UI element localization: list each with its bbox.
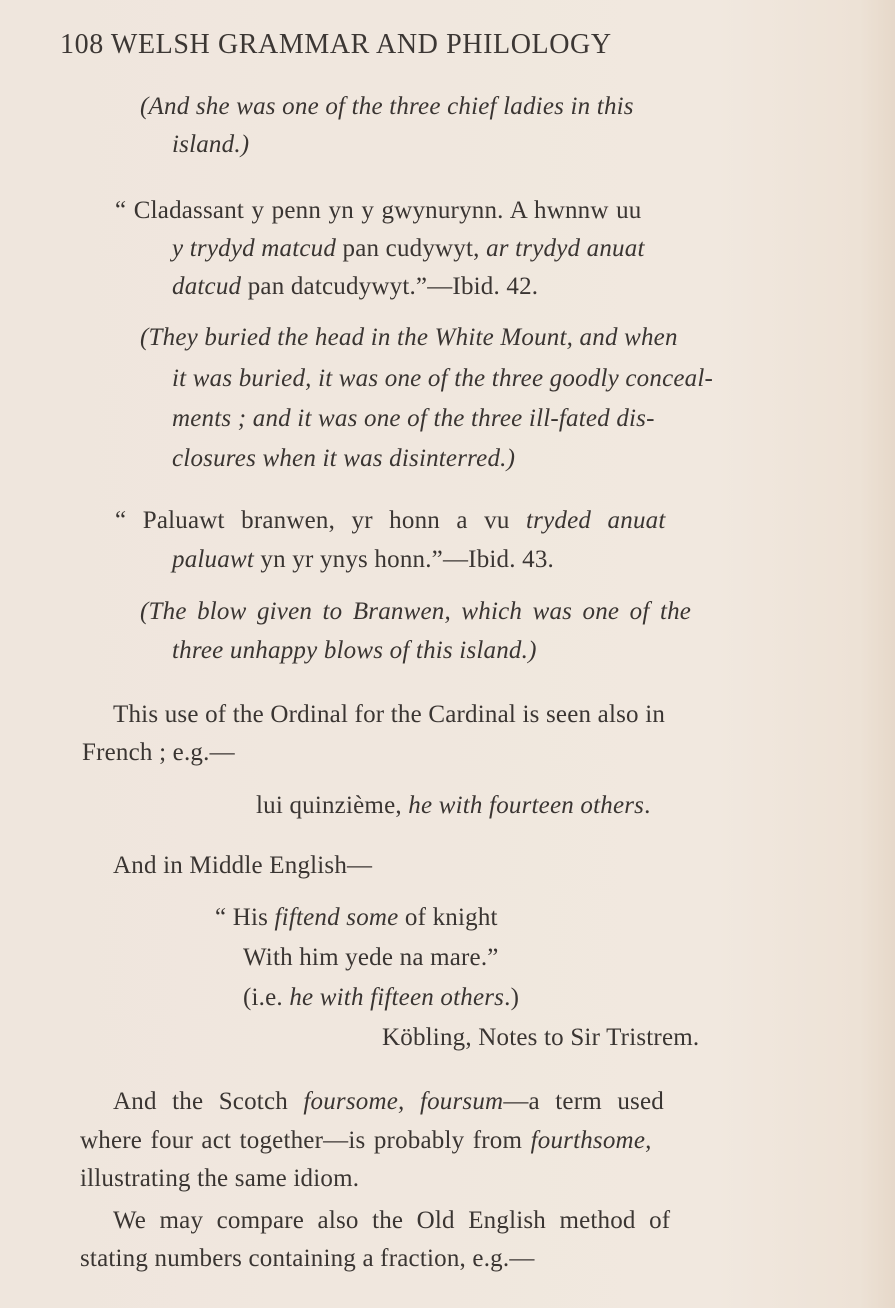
page-number: 108 bbox=[60, 29, 104, 60]
verse-line-3: (i.e. he with fifteen others.) bbox=[243, 983, 519, 1013]
translation-3-line-1: (The blow given to Branwen, which was on… bbox=[140, 597, 691, 627]
translation-2-line-4: closures when it was disinterred.) bbox=[172, 444, 515, 474]
translation-3-line-2: three unhappy blows of this island.) bbox=[172, 636, 537, 666]
french-example: lui quinzième, he with fourteen others. bbox=[256, 791, 651, 821]
paragraph-2: And in Middle English— bbox=[113, 851, 372, 881]
welsh-quote-2-line-2: paluawt yn yr ynys honn.”—Ibid. 43. bbox=[172, 545, 554, 575]
verse-attribution: Köbling, Notes to Sir Tristrem. bbox=[382, 1023, 699, 1053]
book-page: 108 WELSH GRAMMAR AND PHILOLOGY (And she… bbox=[0, 0, 895, 1308]
paragraph-4-line-2: stating numbers containing a fraction, e… bbox=[80, 1244, 535, 1274]
verse-line-2: With him yede na mare.” bbox=[243, 943, 499, 973]
translation-2-line-3: ments ; and it was one of the three ill-… bbox=[172, 404, 655, 434]
paragraph-3-line-2: where four act together—is probably from… bbox=[80, 1126, 652, 1156]
translation-2-line-1: (They buried the head in the White Mount… bbox=[140, 323, 678, 353]
running-header: 108 WELSH GRAMMAR AND PHILOLOGY bbox=[60, 30, 612, 60]
paragraph-1-line-1: This use of the Ordinal for the Cardinal… bbox=[113, 700, 665, 730]
paragraph-4-line-1: We may compare also the Old English meth… bbox=[113, 1206, 670, 1236]
translation-1-line-1: (And she was one of the three chief ladi… bbox=[140, 92, 822, 122]
welsh-quote-1-line-2: y trydyd matcud pan cudywyt, ar trydyd a… bbox=[172, 234, 822, 264]
paragraph-3-line-3: illustrating the same idiom. bbox=[80, 1164, 359, 1194]
welsh-quote-1-line-1: “ Cladassant y penn yn y gwynurynn. A hw… bbox=[115, 196, 822, 226]
translation-1-line-2: island.) bbox=[172, 130, 249, 160]
paragraph-3-line-1: And the Scotch foursome, foursum—a term … bbox=[113, 1087, 664, 1117]
verse-line-1: “ His fiftend some of knight bbox=[215, 903, 498, 933]
paragraph-1-line-2: French ; e.g.— bbox=[82, 738, 235, 768]
welsh-quote-1-line-3: datcud pan datcudywyt.”—Ibid. 42. bbox=[172, 272, 538, 302]
welsh-quote-2-line-1: “ Paluawt branwen, yr honn a vu tryded a… bbox=[115, 506, 666, 536]
translation-2-line-2: it was buried, it was one of the three g… bbox=[172, 364, 713, 394]
running-title: WELSH GRAMMAR AND PHILOLOGY bbox=[111, 29, 612, 60]
